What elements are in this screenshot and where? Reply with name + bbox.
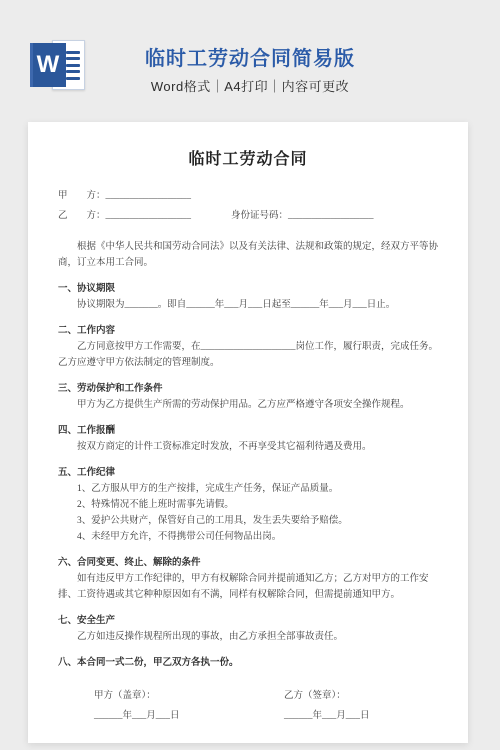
signature-party-a-label: 甲方（盖章）： (94, 686, 254, 706)
section-8-heading: 八、本合同一式二份，甲乙双方各执一份。 (58, 655, 438, 671)
signature-block: 甲方（盖章）： ______年___月___日 乙方（签章）： ______年_… (58, 686, 438, 726)
section-7: 七、安全生产 乙方如违反操作规程所出现的事故，由乙方承担全部事故责任。 (58, 613, 438, 645)
section-6: 六、合同变更、终止、解除的条件 如有违反甲方工作纪律的，甲方有权解除合同并提前通… (58, 555, 438, 603)
section-4-heading: 四、工作报酬 (58, 423, 438, 439)
signature-party-a-date: ______年___月___日 (94, 706, 254, 726)
section-8: 八、本合同一式二份，甲乙双方各执一份。 (58, 655, 438, 671)
discipline-item-4: 4、未经甲方允许，不得携带公司任何物品出岗。 (58, 529, 438, 545)
page-title: 临时工劳动合同简易版 (0, 42, 500, 71)
section-7-heading: 七、安全生产 (58, 613, 438, 629)
discipline-item-1: 1、乙方服从甲方的生产按排，完成生产任务，保证产品质量。 (58, 481, 438, 497)
discipline-item-2: 2、特殊情况不能上班时需事先请假。 (58, 497, 438, 513)
party-a-line: 甲 方：__________________ (58, 191, 191, 201)
section-2-heading: 二、工作内容 (58, 323, 438, 339)
signature-party-b-label: 乙方（签章）： (284, 686, 370, 706)
section-2: 二、工作内容 乙方同意按甲方工作需要，在____________________… (58, 323, 438, 371)
signature-party-b: 乙方（签章）： ______年___月___日 (284, 686, 370, 726)
section-5-heading: 五、工作纪律 (58, 465, 438, 481)
section-4-paragraph: 按双方商定的计件工资标准定时发放，不再享受其它福利待遇及费用。 (58, 439, 438, 455)
section-7-paragraph: 乙方如违反操作规程所出现的事故，由乙方承担全部事故责任。 (58, 629, 438, 645)
document-page: 临时工劳动合同 甲 方：__________________ 乙 方：_____… (28, 122, 468, 743)
party-b-line: 乙 方：__________________ (58, 211, 191, 221)
section-3: 三、劳动保护和工作条件 甲方为乙方提供生产所需的劳动保护用品。乙方应严格遵守各项… (58, 381, 438, 413)
section-1-heading: 一、协议期限 (58, 281, 438, 297)
header-banner: W 临时工劳动合同简易版 Word格式｜A4打印｜内容可更改 (0, 0, 500, 122)
section-1: 一、协议期限 协议期限为_______。即自______年___月___日起至_… (58, 281, 438, 313)
section-6-heading: 六、合同变更、终止、解除的条件 (58, 555, 438, 571)
section-3-paragraph: 甲方为乙方提供生产所需的劳动保护用品。乙方应严格遵守各项安全操作规程。 (58, 397, 438, 413)
section-1-paragraph: 协议期限为_______。即自______年___月___日起至______年_… (58, 297, 438, 313)
section-5: 五、工作纪律 1、乙方服从甲方的生产按排，完成生产任务，保证产品质量。 2、特殊… (58, 465, 438, 545)
doc-title: 临时工劳动合同 (58, 150, 438, 170)
signature-party-a: 甲方（盖章）： ______年___月___日 (94, 686, 254, 726)
section-4: 四、工作报酬 按双方商定的计件工资标准定时发放，不再享受其它福利待遇及费用。 (58, 423, 438, 455)
section-3-heading: 三、劳动保护和工作条件 (58, 381, 438, 397)
party-b-row: 乙 方：__________________身份证号码：____________… (58, 206, 438, 226)
party-a-row: 甲 方：__________________ (58, 186, 438, 206)
section-2-paragraph: 乙方同意按甲方工作需要，在____________________岗位工作，履行… (58, 339, 438, 371)
signature-party-b-date: ______年___月___日 (284, 706, 370, 726)
id-number-line: 身份证号码：__________________ (231, 211, 374, 221)
intro-paragraph: 根据《中华人民共和国劳动合同法》以及有关法律、法规和政策的规定，经双方平等协商，… (58, 239, 438, 271)
header-subtitle: Word格式｜A4打印｜内容可更改 (0, 76, 500, 95)
section-6-paragraph: 如有违反甲方工作纪律的，甲方有权解除合同并提前通知乙方；乙方对甲方的工作安排、工… (58, 571, 438, 603)
discipline-item-3: 3、爱护公共财产，保管好自己的工用具，发生丢失要给予赔偿。 (58, 513, 438, 529)
